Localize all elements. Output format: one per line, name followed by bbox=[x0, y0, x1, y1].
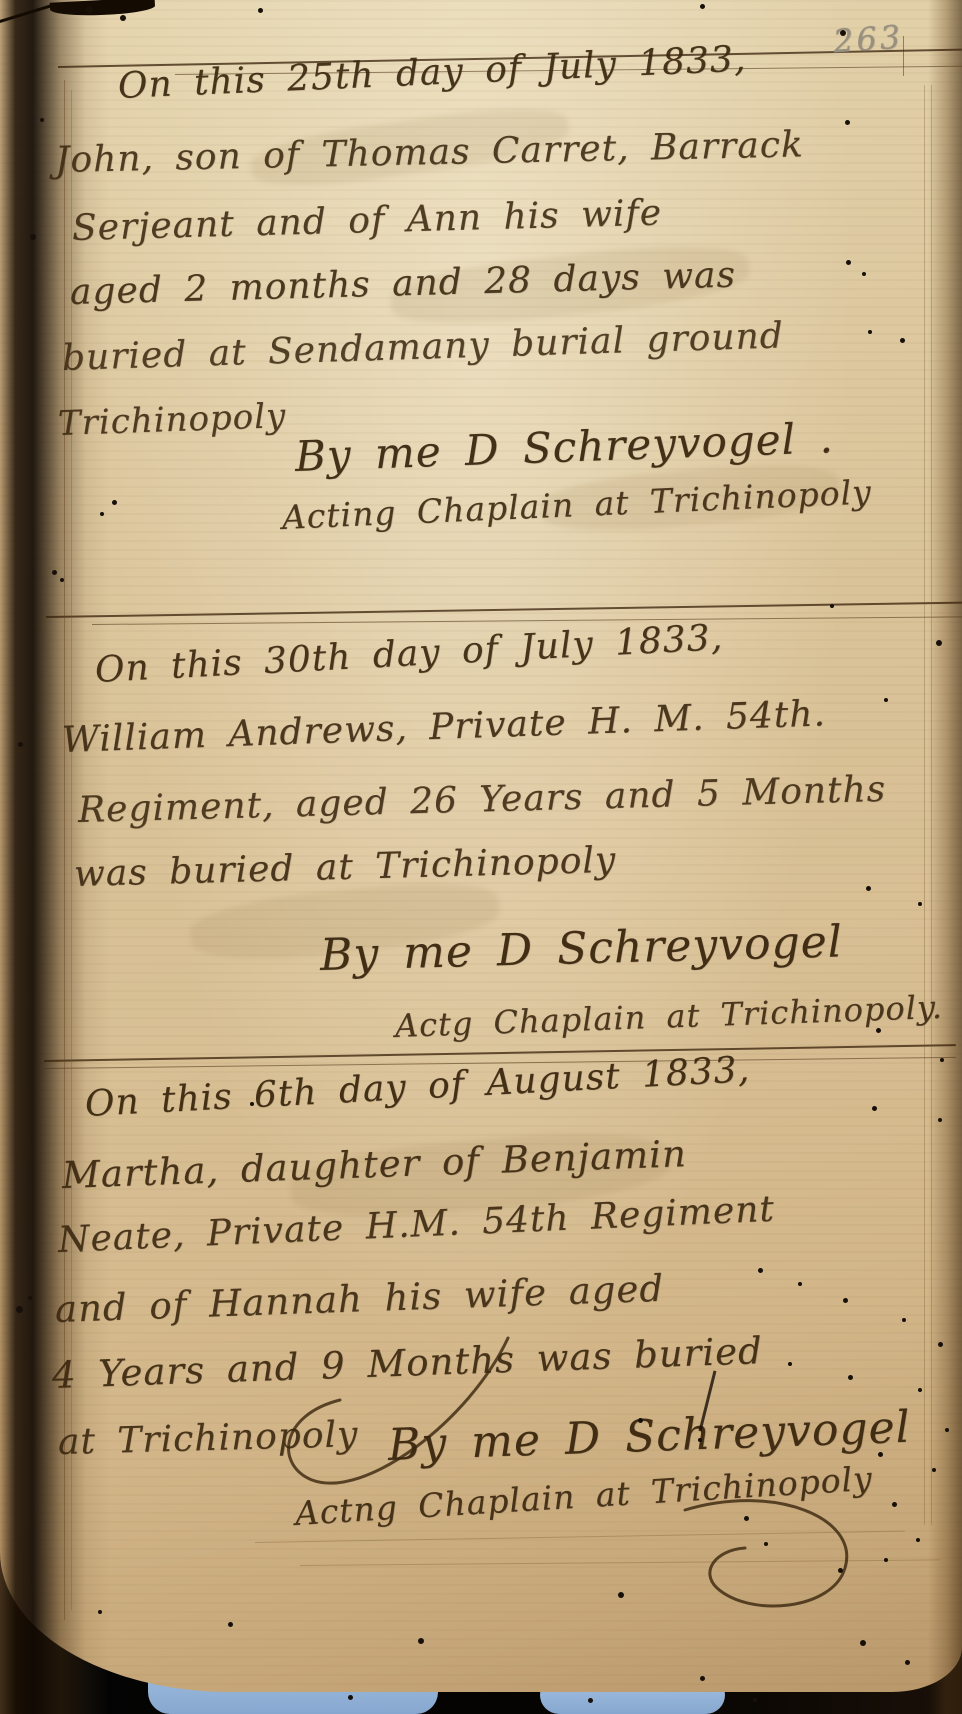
ink-spot bbox=[700, 4, 705, 9]
ink-spot bbox=[846, 260, 851, 265]
ink-spot bbox=[945, 1428, 949, 1432]
ink-spot bbox=[30, 234, 36, 240]
ink-spot bbox=[902, 1318, 906, 1322]
register-page-scan: 263 On this 25th day of July 1833, John,… bbox=[0, 0, 962, 1714]
ink-spot bbox=[918, 1388, 922, 1392]
ink-spot bbox=[905, 1660, 910, 1665]
ink-spot bbox=[120, 15, 126, 21]
ink-spot bbox=[868, 330, 872, 334]
ink-spot bbox=[112, 500, 117, 505]
ink-spot bbox=[916, 1538, 920, 1542]
ink-spot bbox=[892, 1502, 897, 1507]
ink-spot bbox=[878, 1452, 883, 1457]
ink-spot bbox=[866, 886, 871, 891]
ink-spot bbox=[862, 272, 866, 276]
ink-spot bbox=[418, 1638, 424, 1644]
ink-spot bbox=[588, 1698, 593, 1703]
ink-spot bbox=[744, 1516, 749, 1521]
signature-flourish bbox=[270, 1330, 530, 1510]
ink-spot bbox=[18, 742, 23, 747]
ink-spot bbox=[250, 1102, 254, 1106]
ink-spot bbox=[16, 1306, 23, 1313]
ink-spot bbox=[98, 1610, 102, 1614]
ink-spot bbox=[52, 570, 57, 575]
ink-spot bbox=[764, 1542, 768, 1546]
ink-spot bbox=[698, 1438, 702, 1442]
ink-spot bbox=[938, 1118, 942, 1122]
ink-spot bbox=[638, 1418, 643, 1423]
ink-spot bbox=[618, 1592, 624, 1598]
ink-spot bbox=[845, 120, 850, 125]
ink-spot bbox=[753, 1698, 757, 1702]
ink-spot bbox=[848, 1375, 853, 1380]
ink-spot bbox=[936, 640, 942, 646]
signature-flourish bbox=[655, 1488, 875, 1638]
ink-spot bbox=[258, 8, 263, 13]
ink-spot bbox=[860, 1640, 866, 1646]
ink-spot bbox=[840, 30, 846, 36]
ink-spot bbox=[918, 902, 922, 906]
ink-spot bbox=[86, 6, 93, 13]
ink-spot bbox=[348, 1695, 353, 1700]
page-number-pencil: 263 bbox=[832, 18, 905, 61]
ink-spot bbox=[900, 338, 905, 343]
ink-spot bbox=[838, 1568, 843, 1573]
entry1-line: Trichinopoly bbox=[57, 396, 287, 444]
ink-spot bbox=[884, 1558, 888, 1562]
ink-spot bbox=[940, 1058, 944, 1062]
ink-spot bbox=[884, 698, 888, 702]
ink-spot bbox=[932, 1468, 936, 1472]
ink-spot bbox=[830, 604, 834, 608]
right-margin-line bbox=[931, 85, 932, 1525]
ink-spot bbox=[40, 118, 44, 122]
ink-spot bbox=[788, 1362, 792, 1366]
ink-spot bbox=[60, 578, 64, 582]
ink-spot bbox=[28, 1296, 32, 1300]
ink-spot bbox=[758, 1268, 763, 1273]
right-margin-line bbox=[924, 85, 925, 1525]
ink-spot bbox=[798, 1282, 802, 1286]
ink-spot bbox=[938, 1342, 943, 1347]
ink-spot bbox=[228, 1622, 233, 1627]
ink-spot bbox=[872, 1106, 877, 1111]
ink-spot bbox=[843, 1298, 848, 1303]
ink-spot bbox=[100, 512, 104, 516]
ink-spot bbox=[876, 1028, 881, 1033]
ink-spot bbox=[700, 1676, 705, 1681]
